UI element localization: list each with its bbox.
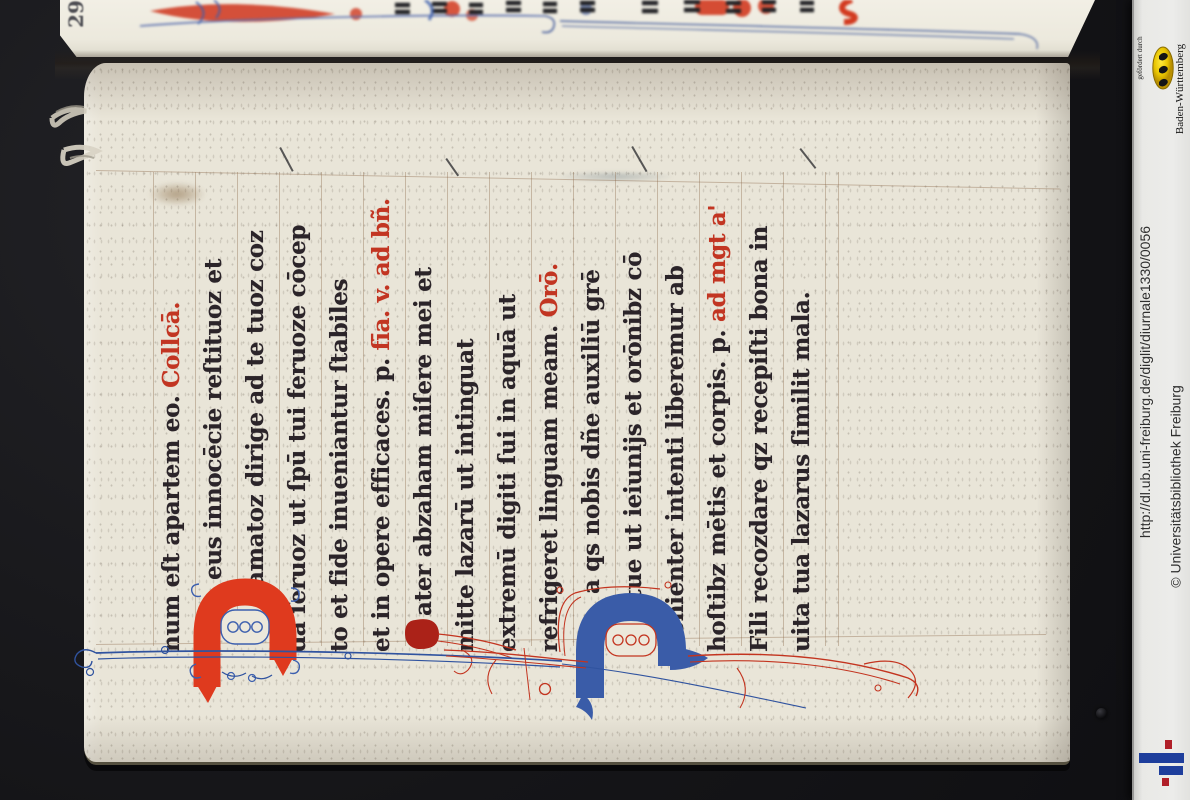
copyright-line: © Universitätsbibliothek Freiburg bbox=[1168, 357, 1185, 617]
ruling-line-vertical bbox=[195, 172, 196, 646]
ruling-line-vertical bbox=[321, 172, 322, 646]
manuscript-line: ater abzaham miſere mei et bbox=[410, 136, 443, 652]
manuscript-line: uenienter intenti liberemur ab bbox=[662, 172, 695, 652]
source-url: http://dl.ub.uni-freiburg.de/diglit/diur… bbox=[1137, 172, 1155, 592]
manuscript-line: tue ut ieiunijs et orōnibz cō bbox=[620, 120, 653, 652]
manuscript-line: Fili recozdare qz recepiſti bona in bbox=[746, 172, 779, 652]
ruling-line-vertical bbox=[153, 172, 154, 646]
manuscript-line: hoſtibz mētis et corpis. p. ad mgt a' bbox=[704, 172, 737, 652]
manuscript-line: mitte lazarū ut intinguat bbox=[452, 172, 485, 652]
ruling-line-vertical bbox=[825, 172, 826, 646]
manuscript-line: to et fide inueniantur ſtabiles bbox=[326, 172, 359, 652]
folio-number: 29 bbox=[64, 0, 90, 28]
ruling-line-vertical bbox=[447, 172, 448, 646]
funder-name: Baden-Württemberg bbox=[1174, 29, 1188, 149]
manuscript-line: amatoz dirige ad te tuoz coz bbox=[242, 106, 275, 652]
ruling-line-vertical bbox=[531, 172, 532, 646]
ruling-line-vertical bbox=[615, 172, 616, 646]
manuscript-line: extremū digiti ſui in aquā ut bbox=[494, 172, 527, 652]
ruling-line-vertical bbox=[279, 172, 280, 646]
manuscript-line: da ſeruoz ut ſpū tui feruoze cōcep bbox=[284, 172, 317, 652]
manuscript-line: eus innocēcie reſtituoz et bbox=[200, 100, 233, 652]
manuscript-line: a qs nobis dñe auxiliū grē bbox=[578, 114, 611, 652]
funder-caption: gefördert durch bbox=[1136, 30, 1148, 86]
manuscript-line: uita tua lazarus ſimilit mala. bbox=[788, 172, 821, 652]
ruling-line-vertical bbox=[363, 172, 364, 646]
ruling-line-vertical bbox=[237, 172, 238, 646]
digitized-manuscript-photo: 29 num eſt apartem eo. Collcā.eus innocē… bbox=[0, 0, 1190, 800]
baden-wuerttemberg-coat-of-arms-icon bbox=[1152, 46, 1174, 90]
ruling-line-vertical bbox=[489, 172, 490, 646]
ruling-line-vertical bbox=[741, 172, 742, 646]
ub-freiburg-logo-icon bbox=[1138, 738, 1186, 790]
ruling-line-vertical bbox=[699, 172, 700, 646]
manuscript-line: num eſt apartem eo. Collcā. bbox=[158, 172, 191, 652]
manuscript-line: et in opere efficaces. p. fīa. v. ad bñ. bbox=[368, 172, 401, 652]
cradle-screw bbox=[1096, 708, 1107, 719]
manuscript-line: refrigeret linguam meam. Orō. bbox=[536, 172, 569, 652]
ruling-line-vertical bbox=[573, 172, 574, 646]
ruling-line-vertical bbox=[838, 172, 839, 646]
ruling-line-vertical bbox=[657, 172, 658, 646]
ruling-line-vertical bbox=[783, 172, 784, 646]
ruling-line-vertical bbox=[405, 172, 406, 646]
